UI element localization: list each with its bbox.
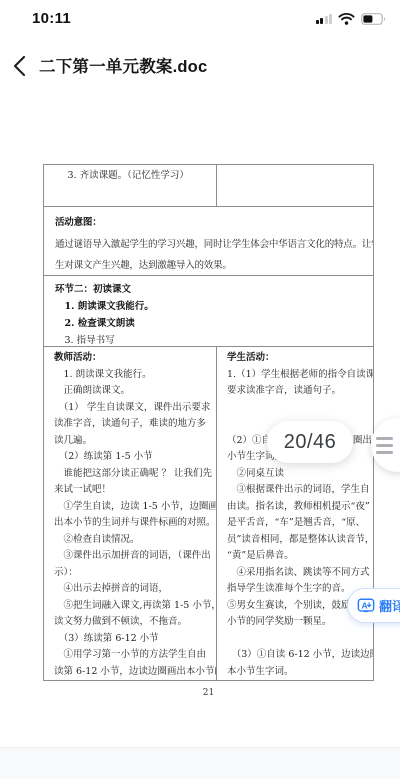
doc-text-line: （2）练读第 1-5 小节: [54, 449, 211, 466]
doc-text-line: ③根据课件出示的词语，学生自: [227, 482, 368, 499]
clock-label: 10:11: [32, 10, 71, 27]
page-number: 21: [43, 688, 374, 698]
doc-text-line: ②同桌互读: [227, 466, 368, 483]
doc-text-line: ①用学习第一小节的方法学生自由: [54, 647, 211, 664]
doc-text-line: “黄”是后鼻音。: [227, 548, 368, 565]
page-indicator-label: 20/46: [284, 431, 337, 454]
battery-icon: [361, 13, 386, 25]
doc-text-line: （3）练读第 6-12 小节: [54, 631, 211, 648]
doc-text-line: ②检查自读情况。: [54, 532, 211, 549]
doc-text-line: 要求读准字音，读通句子。: [227, 383, 368, 400]
doc-text-line: 员”读音相同，都是整体认读音节，: [227, 532, 368, 549]
doc-heading-line: 环节二：初读课文: [55, 281, 363, 298]
doc-text-line: ③课件出示加拼音的词语，（课件出: [54, 548, 211, 565]
doc-text-line: 谁能把这部分读正确呢 ？ 让我们先: [54, 466, 211, 483]
doc-text-line: 1.（1）学生根据老师的指令自读课文，: [227, 367, 368, 384]
student-activity-cell: 学生活动：1.（1）学生根据老师的指令自读课文，要求读准字音，读通句子。 （2）…: [217, 347, 373, 680]
svg-text:A: A: [362, 600, 368, 610]
doc-text-line: （1） 学生自读课文，课件出示要求: [54, 400, 211, 417]
doc-text-line: 1. 朗读课文我能行。: [54, 367, 211, 384]
doc-heading-line: 2. 检查课文朗读: [55, 315, 363, 332]
back-button[interactable]: [13, 53, 37, 79]
doc-text-line: 通过谜语导入激起学生的学习兴趣，同时让学生体会中华语言文化的特点。让学: [55, 234, 363, 256]
doc-heading-line: 1. 朗读课文我能行。: [55, 298, 363, 315]
doc-text-line: 正确朗读课文。: [54, 383, 211, 400]
doc-text-line: 由读。指名读，教师相机提示“夜”: [227, 499, 368, 516]
doc-text-line: 出本小节的生词并与课件标画的对照。: [54, 515, 211, 532]
doc-heading-line: 学生活动：: [227, 350, 368, 367]
doc-text-line: 3. 指导书写: [55, 332, 363, 347]
table-cell-empty: [217, 165, 373, 206]
translate-button[interactable]: A 翻译: [347, 588, 400, 623]
doc-text-line: 读准字音，读通句子，难读的地方多: [54, 416, 211, 433]
doc-text-line: 小节的同学奖励一颗星。: [227, 614, 368, 631]
doc-heading-line: 活动意图：: [55, 212, 363, 234]
doc-text-line: 读文努力做到不顿读，不拖音。: [54, 614, 211, 631]
bottom-band: [0, 747, 400, 779]
doc-heading-line: 教师活动：: [54, 350, 211, 367]
doc-text-line: ④出示去掉拼音的词语，: [54, 581, 211, 598]
doc-text-line: 指导学生读准每个生字的音。: [227, 581, 368, 598]
cellular-signal-icon: [316, 13, 333, 24]
translate-icon: A: [357, 597, 375, 615]
section-two-cell: 环节二：初读课文 1. 朗读课文我能行。 2. 检查课文朗读 3. 指导书写: [44, 276, 373, 347]
table-cell: 3. 齐读课题。（记忆性学习）: [44, 165, 217, 206]
chevron-left-icon: [13, 55, 26, 77]
doc-text-line: ④采用指名读、跳读等不同方式: [227, 565, 368, 582]
doc-text-line: 是平舌音，“车”是翘舌音，“原、: [227, 515, 368, 532]
translate-label: 翻译: [379, 596, 400, 615]
doc-text-line: 生对课文产生兴趣，达到激趣导入的效果。: [55, 255, 363, 276]
doc-text-line: 来试一试吧！: [54, 482, 211, 499]
app-screen: 10:11 二下第一单元教案.doc: [0, 0, 400, 779]
table-row: 3. 齐读课题。（记忆性学习）: [44, 165, 373, 207]
page-indicator-pill: 20/46: [267, 421, 353, 463]
activity-intent-cell: 活动意图：通过谜语导入激起学生的学习兴趣，同时让学生体会中华语言文化的特点。让学…: [44, 207, 373, 276]
doc-text-line: 示）：: [54, 565, 211, 582]
doc-text-line: 本小节生字词。: [227, 664, 368, 681]
wifi-icon: [338, 12, 355, 25]
table-row: 教师活动： 1. 朗读课文我能行。 正确朗读课文。 （1） 学生自读课文，课件出…: [44, 347, 373, 680]
doc-text-line: [227, 631, 368, 648]
doc-text-line: （3）①自读 6-12 小节，边读边圈出: [227, 647, 368, 664]
document-title: 二下第一单元教案.doc: [39, 53, 207, 77]
status-bar: 10:11: [0, 0, 400, 44]
doc-text-line: [227, 400, 368, 417]
doc-text-line: ①学生自读，边读 1-5 小节，边圈画: [54, 499, 211, 516]
teacher-activity-cell: 教师活动： 1. 朗读课文我能行。 正确朗读课文。 （1） 学生自读课文，课件出…: [44, 347, 217, 680]
doc-text-line: ⑤把生词融入课文,再读第 1-5 小节，: [54, 598, 211, 615]
doc-text-line: 3. 齐读课题。（记忆性学习）: [58, 168, 210, 183]
doc-text-line: 读几遍。: [54, 433, 211, 450]
doc-text-line: 读第 6-12 小节，边读边圈画出本小节的: [54, 664, 211, 681]
nav-bar: 二下第一单元教案.doc: [0, 44, 400, 104]
